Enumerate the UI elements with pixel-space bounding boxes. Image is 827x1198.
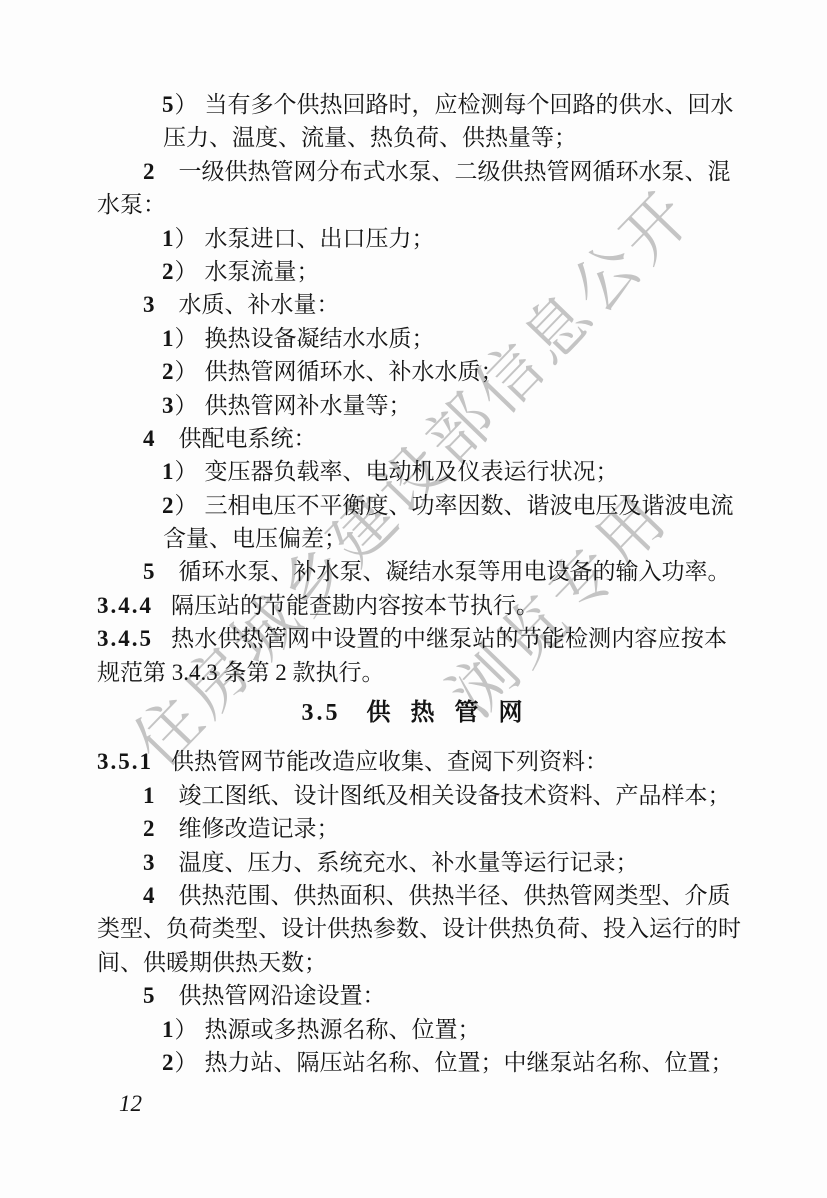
line-number-paren: ） [175, 493, 198, 518]
line-number-paren: ） [175, 459, 198, 484]
line-text: 供热管网循环水、补水水质； [205, 359, 504, 384]
line-text: 一级供热管网分布式水泵、二级供热管网循环水泵、混 [179, 159, 731, 184]
line-text: 水泵流量； [205, 259, 320, 284]
line-number-paren: ） [175, 1017, 198, 1042]
line-number: 2 [162, 259, 174, 284]
item-line: 3水质、补水量： [97, 288, 727, 321]
line-text: 含量、电压偏差； [163, 526, 347, 551]
line-number: 2 [162, 493, 174, 518]
line-number: 4 [143, 883, 155, 908]
subitem-line: 2）供热管网循环水、补水水质； [97, 355, 727, 388]
line-number-paren: ） [175, 259, 198, 284]
line-text: 热力站、隔压站名称、位置；中继泵站名称、位置； [205, 1050, 734, 1075]
line-number: 1 [162, 459, 174, 484]
line-number: 2 [143, 159, 155, 184]
line-text: 隔压站的节能查勘内容按本节执行。 [171, 593, 539, 618]
continuation-line: 类型、负荷类型、设计供热参数、设计供热负荷、投入运行的时 [97, 912, 727, 945]
line-number-paren: ） [175, 92, 198, 117]
line-text: 热水供热管网中设置的中继泵站的节能检测内容应按本 [171, 626, 727, 651]
continuation-line: 间、供暖期供热天数； [97, 946, 727, 979]
line-number-paren: ） [175, 226, 198, 251]
section-title: 供热管网 [367, 700, 543, 726]
item-line: 4供热范围、供热面积、供热半径、供热管网类型、介质 [97, 879, 727, 912]
line-number: 1 [162, 1017, 174, 1042]
line-text: 换热设备凝结水水质； [205, 326, 435, 351]
line-number: 3.5.1 [97, 749, 153, 774]
subitem-line: 2）水泵流量； [97, 255, 727, 288]
subitem-line: 1）变压器负载率、电动机及仪表运行状况； [97, 455, 727, 488]
line-number-paren: ） [175, 326, 198, 351]
subitem-line: 5）当有多个供热回路时，应检测每个回路的供水、回水 [97, 88, 727, 121]
line-text: 供热范围、供热面积、供热半径、供热管网类型、介质 [179, 883, 731, 908]
line-number: 5 [143, 559, 155, 584]
item-line: 5供热管网沿途设置： [97, 979, 727, 1012]
continuation-line: 含量、电压偏差； [97, 522, 727, 555]
line-number: 3 [143, 850, 155, 875]
line-number: 3 [143, 292, 155, 317]
line-number-paren: ） [175, 393, 198, 418]
subitem-line: 2）热力站、隔压站名称、位置；中继泵站名称、位置； [97, 1046, 727, 1079]
line-number: 3.4.4 [97, 593, 153, 618]
line-text: 类型、负荷类型、设计供热参数、设计供热负荷、投入运行的时 [97, 916, 741, 941]
subitem-line: 1）换热设备凝结水水质； [97, 322, 727, 355]
line-text: 供热管网补水量等； [205, 393, 412, 418]
line-text: 变压器负载率、电动机及仪表运行状况； [205, 459, 619, 484]
item-line: 4供配电系统： [97, 422, 727, 455]
line-text: 水泵： [97, 192, 166, 217]
line-number: 5 [162, 92, 174, 117]
subitem-line: 1）热源或多热源名称、位置； [97, 1013, 727, 1046]
clause-line: 3.4.5热水供热管网中设置的中继泵站的节能检测内容应按本 [97, 622, 727, 655]
line-text: 维修改造记录； [179, 816, 340, 841]
line-text: 当有多个供热回路时，应检测每个回路的供水、回水 [205, 92, 734, 117]
continuation-line: 压力、温度、流量、热负荷、供热量等； [97, 121, 727, 154]
line-text: 压力、温度、流量、热负荷、供热量等； [163, 125, 577, 150]
document-page: 住房城乡建设部信息公开 浏览专用 5）当有多个供热回路时，应检测每个回路的供水、… [0, 0, 827, 1198]
line-text: 水泵进口、出口压力； [205, 226, 435, 251]
line-number-paren: ） [175, 359, 198, 384]
text-column: 5）当有多个供热回路时，应检测每个回路的供水、回水压力、温度、流量、热负荷、供热… [97, 88, 727, 1121]
line-number: 1 [162, 326, 174, 351]
item-line: 2一级供热管网分布式水泵、二级供热管网循环水泵、混 [97, 155, 727, 188]
line-text: 三相电压不平衡度、功率因数、谐波电压及谐波电流 [205, 493, 734, 518]
line-text: 热源或多热源名称、位置； [205, 1017, 481, 1042]
line-number: 3 [162, 393, 174, 418]
line-text: 供热管网节能改造应收集、查阅下列资料： [171, 749, 608, 774]
line-number: 2 [162, 359, 174, 384]
subitem-line: 3）供热管网补水量等； [97, 389, 727, 422]
line-number: 3.4.5 [97, 626, 153, 651]
line-text: 供热管网沿途设置： [179, 983, 386, 1008]
subitem-line: 2）三相电压不平衡度、功率因数、谐波电压及谐波电流 [97, 489, 727, 522]
line-text: 供配电系统： [179, 426, 317, 451]
line-text: 竣工图纸、设计图纸及相关设备技术资料、产品样本； [179, 783, 731, 808]
section-heading: 3.5供热管网 [97, 697, 727, 730]
continuation-line: 水泵： [97, 188, 727, 221]
item-line: 2维修改造记录； [97, 812, 727, 845]
subitem-line: 1）水泵进口、出口压力； [97, 222, 727, 255]
line-text: 间、供暖期供热天数； [97, 950, 327, 975]
clause-line: 3.5.1供热管网节能改造应收集、查阅下列资料： [97, 745, 727, 778]
line-text: 循环水泵、补水泵、凝结水泵等用电设备的输入功率。 [179, 559, 731, 584]
line-text: 规范第 3.4.3 条第 2 款执行。 [97, 660, 385, 685]
line-number: 4 [143, 426, 155, 451]
line-number: 2 [143, 816, 155, 841]
clause-line: 3.4.4隔压站的节能查勘内容按本节执行。 [97, 589, 727, 622]
continuation-line: 规范第 3.4.3 条第 2 款执行。 [97, 656, 727, 689]
line-number: 2 [162, 1050, 174, 1075]
line-number: 1 [143, 783, 155, 808]
line-number: 1 [162, 226, 174, 251]
page-number: 12 [97, 1087, 727, 1120]
line-number-paren: ） [175, 1050, 198, 1075]
section-number: 3.5 [302, 700, 341, 726]
line-text: 温度、压力、系统充水、补水量等运行记录； [179, 850, 639, 875]
line-number: 5 [143, 983, 155, 1008]
item-line: 5循环水泵、补水泵、凝结水泵等用电设备的输入功率。 [97, 555, 727, 588]
item-line: 1竣工图纸、设计图纸及相关设备技术资料、产品样本； [97, 779, 727, 812]
line-text: 水质、补水量： [179, 292, 340, 317]
item-line: 3温度、压力、系统充水、补水量等运行记录； [97, 846, 727, 879]
